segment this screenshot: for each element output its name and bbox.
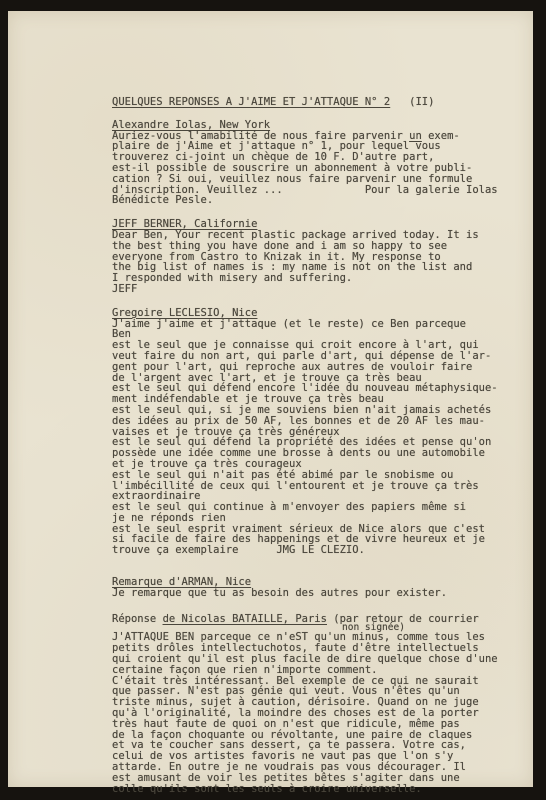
text-line: cation ? Si oui, veuillez nous faire par… [112, 174, 510, 185]
scan-background: { "colors":{ "background":"#16130f", "pa… [0, 0, 546, 800]
underlined-text: Gregoire LECLESIO, Nice [112, 307, 257, 319]
page-content: QUELQUES REPONSES A J'AIME ET J'ATTAQUE … [112, 97, 510, 794]
text-line: J'aime j'aime et j'attaque (et le reste)… [112, 319, 510, 330]
section-heading: Réponse de Nicolas BATAILLE, Paris (par … [112, 614, 510, 625]
plain-text: (II) [390, 96, 434, 108]
section-heading: Gregoire LECLESIO, Nice [112, 308, 510, 319]
typewritten-page: QUELQUES REPONSES A J'AIME ET J'ATTAQUE … [8, 11, 533, 787]
section-bataille: Réponse de Nicolas BATAILLE, Paris (par … [112, 614, 510, 795]
plain-text: Réponse [112, 613, 163, 625]
text-line: est amusant de voir les petites bêtes s'… [112, 773, 510, 784]
text-line: Bénédicte Pesle. [112, 195, 510, 206]
text-line: est le seul qui n'ait pas été abimé par … [112, 470, 510, 481]
section-arman: Remarque d'ARMAN, NiceJe remarque que tu… [112, 577, 510, 599]
page-title: QUELQUES REPONSES A J'AIME ET J'ATTAQUE … [112, 97, 510, 108]
section-iolas: Alexandre Iolas, New YorkAuriez-vous l'a… [112, 120, 510, 206]
text-line: the best thing you have done and i am so… [112, 241, 510, 252]
text-line: des idées au prix de 50 AF, les bonnes e… [112, 416, 510, 427]
text-line: JEFF [112, 284, 510, 295]
text-line: gent pour l'art, qui reproche aux autres… [112, 362, 510, 373]
text-line: I responded with misery and suffering. [112, 273, 510, 284]
section-leclesio: Gregoire LECLESIO, NiceJ'aime j'aime et … [112, 308, 510, 556]
text-line: colle qu'ils sont les seuls à croire uni… [112, 784, 510, 795]
underlined-text: de Nicolas BATAILLE, Paris [163, 613, 327, 625]
section-berner: JEFF BERNER, CalifornieDear Ben, Your re… [112, 219, 510, 295]
document-body: Alexandre Iolas, New YorkAuriez-vous l'a… [112, 120, 510, 795]
text-line: Je remarque que tu as besoin des autres … [112, 588, 510, 599]
text-line: trouve ça exemplaire JMG LE CLEZIO. [112, 545, 510, 556]
underlined-text: QUELQUES REPONSES A J'AIME ET J'ATTAQUE … [112, 96, 390, 108]
